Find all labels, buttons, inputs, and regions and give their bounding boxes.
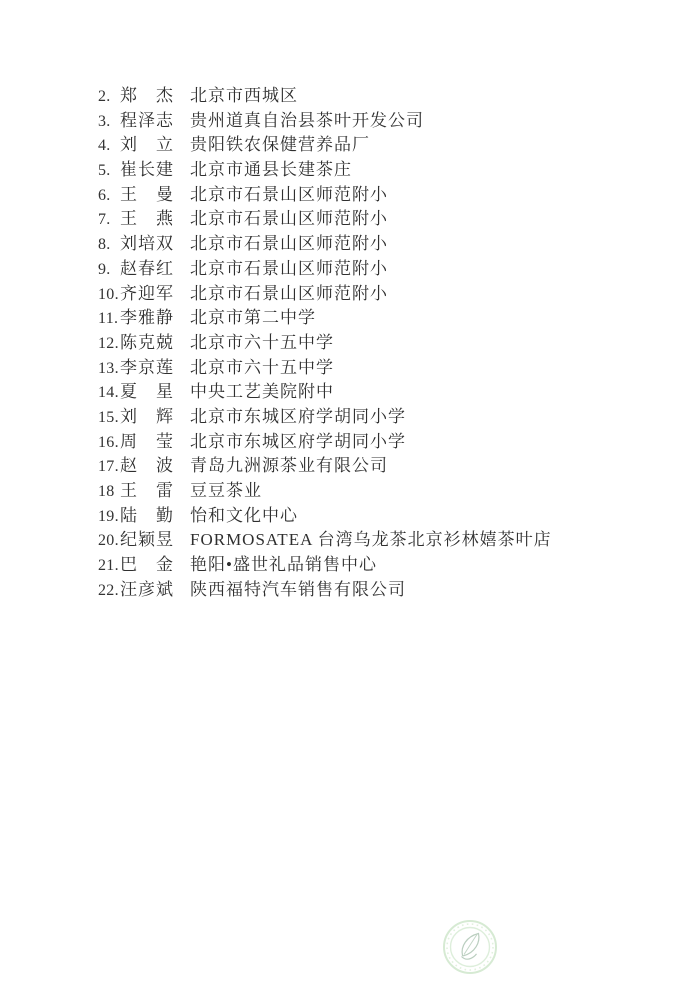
item-organization: FORMOSATEA 台湾乌龙茶北京衫林嬉茶叶店 <box>190 528 658 553</box>
list-item: 12. 陈克兢 北京市六十五中学 <box>98 331 658 356</box>
list-item: 11. 李雅静 北京市第二中学 <box>98 306 658 331</box>
item-name: 齐迎军 <box>120 282 190 307</box>
item-name: 陆 勤 <box>120 504 190 529</box>
list-item: 10. 齐迎军 北京市石景山区师范附小 <box>98 282 658 307</box>
item-name: 王 雷 <box>120 479 190 504</box>
list-item: 9. 赵春红 北京市石景山区师范附小 <box>98 257 658 282</box>
item-number: 17. <box>98 455 120 480</box>
item-number: 2. <box>98 85 120 110</box>
item-number: 20. <box>98 529 120 554</box>
item-organization: 青岛九洲源茶业有限公司 <box>190 454 658 479</box>
item-number: 8. <box>98 233 120 258</box>
item-name: 巴 金 <box>120 553 190 578</box>
roster-list: 2. 郑 杰 北京市西城区 3. 程泽志 贵州道真自治县茶叶开发公司 4. 刘 … <box>98 84 658 602</box>
list-item: 3. 程泽志 贵州道真自治县茶叶开发公司 <box>98 109 658 134</box>
item-name: 刘 辉 <box>120 405 190 430</box>
list-item: 8. 刘培双 北京市石景山区师范附小 <box>98 232 658 257</box>
list-item: 22. 汪彦斌 陕西福特汽车销售有限公司 <box>98 578 658 603</box>
item-name: 李京莲 <box>120 356 190 381</box>
item-organization: 北京市六十五中学 <box>190 356 658 381</box>
list-item: 2. 郑 杰 北京市西城区 <box>98 84 658 109</box>
leaf-seal-icon <box>442 919 498 975</box>
item-organization: 豆豆茶业 <box>190 479 658 504</box>
item-name: 夏 星 <box>120 380 190 405</box>
item-number: 4. <box>98 134 120 159</box>
item-organization: 贵阳铁农保健营养品厂 <box>190 133 658 158</box>
item-organization: 北京市东城区府学胡同小学 <box>190 405 658 430</box>
item-number: 13. <box>98 357 120 382</box>
item-number: 18 <box>98 480 120 505</box>
list-item: 16. 周 莹 北京市东城区府学胡同小学 <box>98 430 658 455</box>
item-name: 李雅静 <box>120 306 190 331</box>
item-number: 5. <box>98 159 120 184</box>
item-number: 16. <box>98 431 120 456</box>
item-name: 赵 波 <box>120 454 190 479</box>
list-item: 18 王 雷 豆豆茶业 <box>98 479 658 504</box>
item-name: 崔长建 <box>120 158 190 183</box>
item-number: 7. <box>98 208 120 233</box>
item-name: 王 曼 <box>120 183 190 208</box>
item-name: 王 燕 <box>120 207 190 232</box>
item-organization: 北京市第二中学 <box>190 306 658 331</box>
item-organization: 北京市石景山区师范附小 <box>190 207 658 232</box>
item-organization: 北京市石景山区师范附小 <box>190 232 658 257</box>
list-item: 7. 王 燕 北京市石景山区师范附小 <box>98 207 658 232</box>
item-organization: 贵州道真自治县茶叶开发公司 <box>190 109 658 134</box>
list-item: 4. 刘 立 贵阳铁农保健营养品厂 <box>98 133 658 158</box>
item-number: 11. <box>98 307 120 332</box>
item-number: 9. <box>98 258 120 283</box>
item-organization: 北京市石景山区师范附小 <box>190 257 658 282</box>
item-number: 22. <box>98 579 120 604</box>
list-item: 21. 巴 金 艳阳•盛世礼品销售中心 <box>98 553 658 578</box>
item-organization: 北京市东城区府学胡同小学 <box>190 430 658 455</box>
list-item: 15. 刘 辉 北京市东城区府学胡同小学 <box>98 405 658 430</box>
item-organization: 陕西福特汽车销售有限公司 <box>190 578 658 603</box>
leaf-seal-watermark <box>442 919 498 975</box>
item-number: 19. <box>98 505 120 530</box>
item-number: 3. <box>98 110 120 135</box>
item-organization: 北京市通县长建茶庄 <box>190 158 658 183</box>
item-organization: 北京市西城区 <box>190 84 658 109</box>
item-number: 14. <box>98 381 120 406</box>
list-item: 17. 赵 波 青岛九洲源茶业有限公司 <box>98 454 658 479</box>
item-number: 6. <box>98 184 120 209</box>
item-name: 刘 立 <box>120 133 190 158</box>
list-item: 14. 夏 星 中央工艺美院附中 <box>98 380 658 405</box>
list-item: 6. 王 曼 北京市石景山区师范附小 <box>98 183 658 208</box>
list-item: 5. 崔长建 北京市通县长建茶庄 <box>98 158 658 183</box>
item-organization: 北京市石景山区师范附小 <box>190 282 658 307</box>
item-organization: 北京市石景山区师范附小 <box>190 183 658 208</box>
document-page: 2. 郑 杰 北京市西城区 3. 程泽志 贵州道真自治县茶叶开发公司 4. 刘 … <box>0 0 699 988</box>
item-name: 周 莹 <box>120 430 190 455</box>
item-name: 纪颖昱 <box>120 528 190 553</box>
item-name: 程泽志 <box>120 109 190 134</box>
item-number: 10. <box>98 283 120 308</box>
list-item: 13. 李京莲 北京市六十五中学 <box>98 356 658 381</box>
item-organization: 艳阳•盛世礼品销售中心 <box>190 553 658 578</box>
item-name: 刘培双 <box>120 232 190 257</box>
item-organization: 中央工艺美院附中 <box>190 380 658 405</box>
item-number: 21. <box>98 554 120 579</box>
item-number: 15. <box>98 406 120 431</box>
item-organization: 怡和文化中心 <box>190 504 658 529</box>
item-name: 汪彦斌 <box>120 578 190 603</box>
item-name: 赵春红 <box>120 257 190 282</box>
item-organization: 北京市六十五中学 <box>190 331 658 356</box>
list-item: 19. 陆 勤 怡和文化中心 <box>98 504 658 529</box>
item-name: 郑 杰 <box>120 84 190 109</box>
item-number: 12. <box>98 332 120 357</box>
list-item: 20. 纪颖昱 FORMOSATEA 台湾乌龙茶北京衫林嬉茶叶店 <box>98 528 658 553</box>
item-name: 陈克兢 <box>120 331 190 356</box>
